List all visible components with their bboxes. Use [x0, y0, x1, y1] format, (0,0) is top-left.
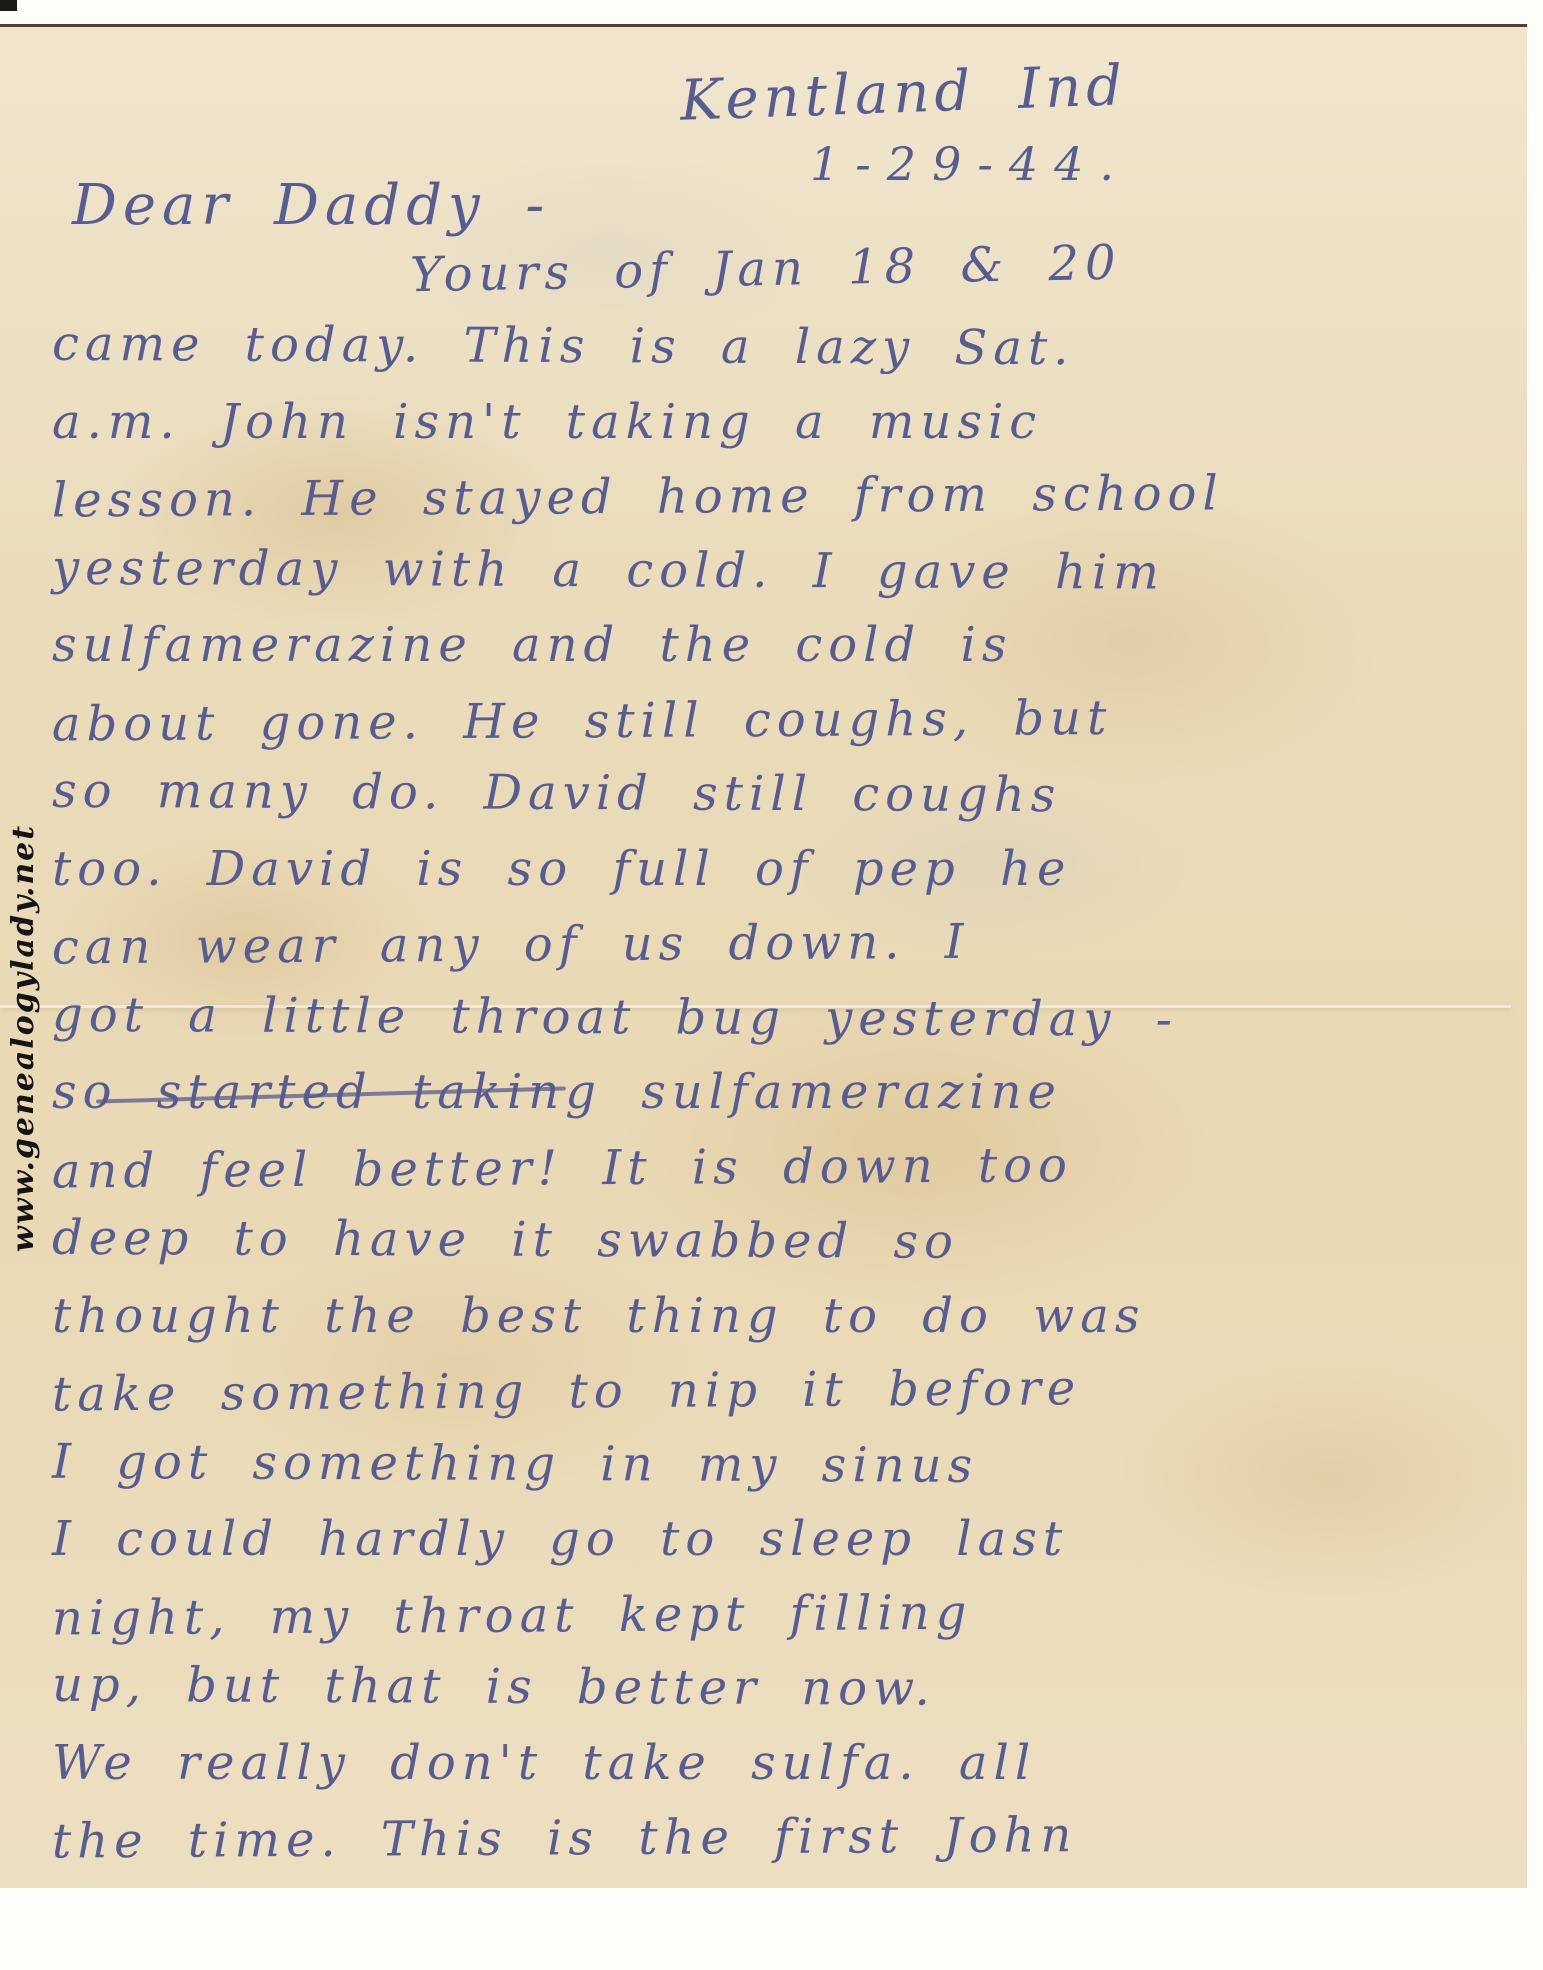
letter-line: a.m. John isn't taking a music — [52, 394, 1517, 469]
letter-line: up, but that is better now. — [52, 1657, 1517, 1738]
letter-line: I got something in my sinus — [52, 1433, 1517, 1514]
letter-line: yesterday with a cold. I gave him — [52, 539, 1517, 620]
letter-line: We really don't take sulfa. all — [52, 1735, 1517, 1810]
letter-paper: Kentland Ind 1-29-44. Dear Daddy - Yours… — [0, 24, 1527, 1888]
letter-line: can wear any of us down. I — [52, 911, 1517, 994]
letter-line: lesson. He stayed home from school — [52, 464, 1517, 547]
letter-line: got a little throat bug yesterday - — [52, 986, 1517, 1067]
letter-line: deep to have it swabbed so — [52, 1210, 1517, 1291]
letter-line: thought the best thing to do was — [52, 1288, 1517, 1363]
letter-date: 1-29-44. — [810, 137, 1130, 191]
letter-line: came today. This is a lazy Sat. — [52, 316, 1517, 397]
letter-line: and feel better! It is down too — [52, 1134, 1517, 1217]
letter-line: night, my throat kept filling — [52, 1581, 1517, 1664]
letter-line: about gone. He still coughs, but — [52, 687, 1517, 770]
letter-line: too. David is so full of pep he — [52, 841, 1517, 916]
letter-line: take something to nip it before — [52, 1358, 1517, 1441]
letter-line: so started taking sulfamerazine — [52, 1064, 1517, 1139]
letter-line: I could hardly go to sleep last — [52, 1511, 1517, 1586]
letter-line: Yours of Jan 18 & 20 — [410, 235, 1122, 303]
letter-body: came today. This is a lazy Sat. a.m. Joh… — [52, 319, 1517, 1884]
letter-salutation: Dear Daddy - — [72, 173, 550, 238]
site-watermark: www.genealogylady.net — [6, 792, 41, 1252]
letter-line: so many do. David still coughs — [52, 763, 1517, 844]
scan-corner-mark — [0, 0, 17, 11]
letter-place: Kentland Ind — [679, 53, 1128, 134]
letter-line: the time. This is the first John — [52, 1805, 1517, 1888]
letter-line: sulfamerazine and the cold is — [52, 617, 1517, 692]
